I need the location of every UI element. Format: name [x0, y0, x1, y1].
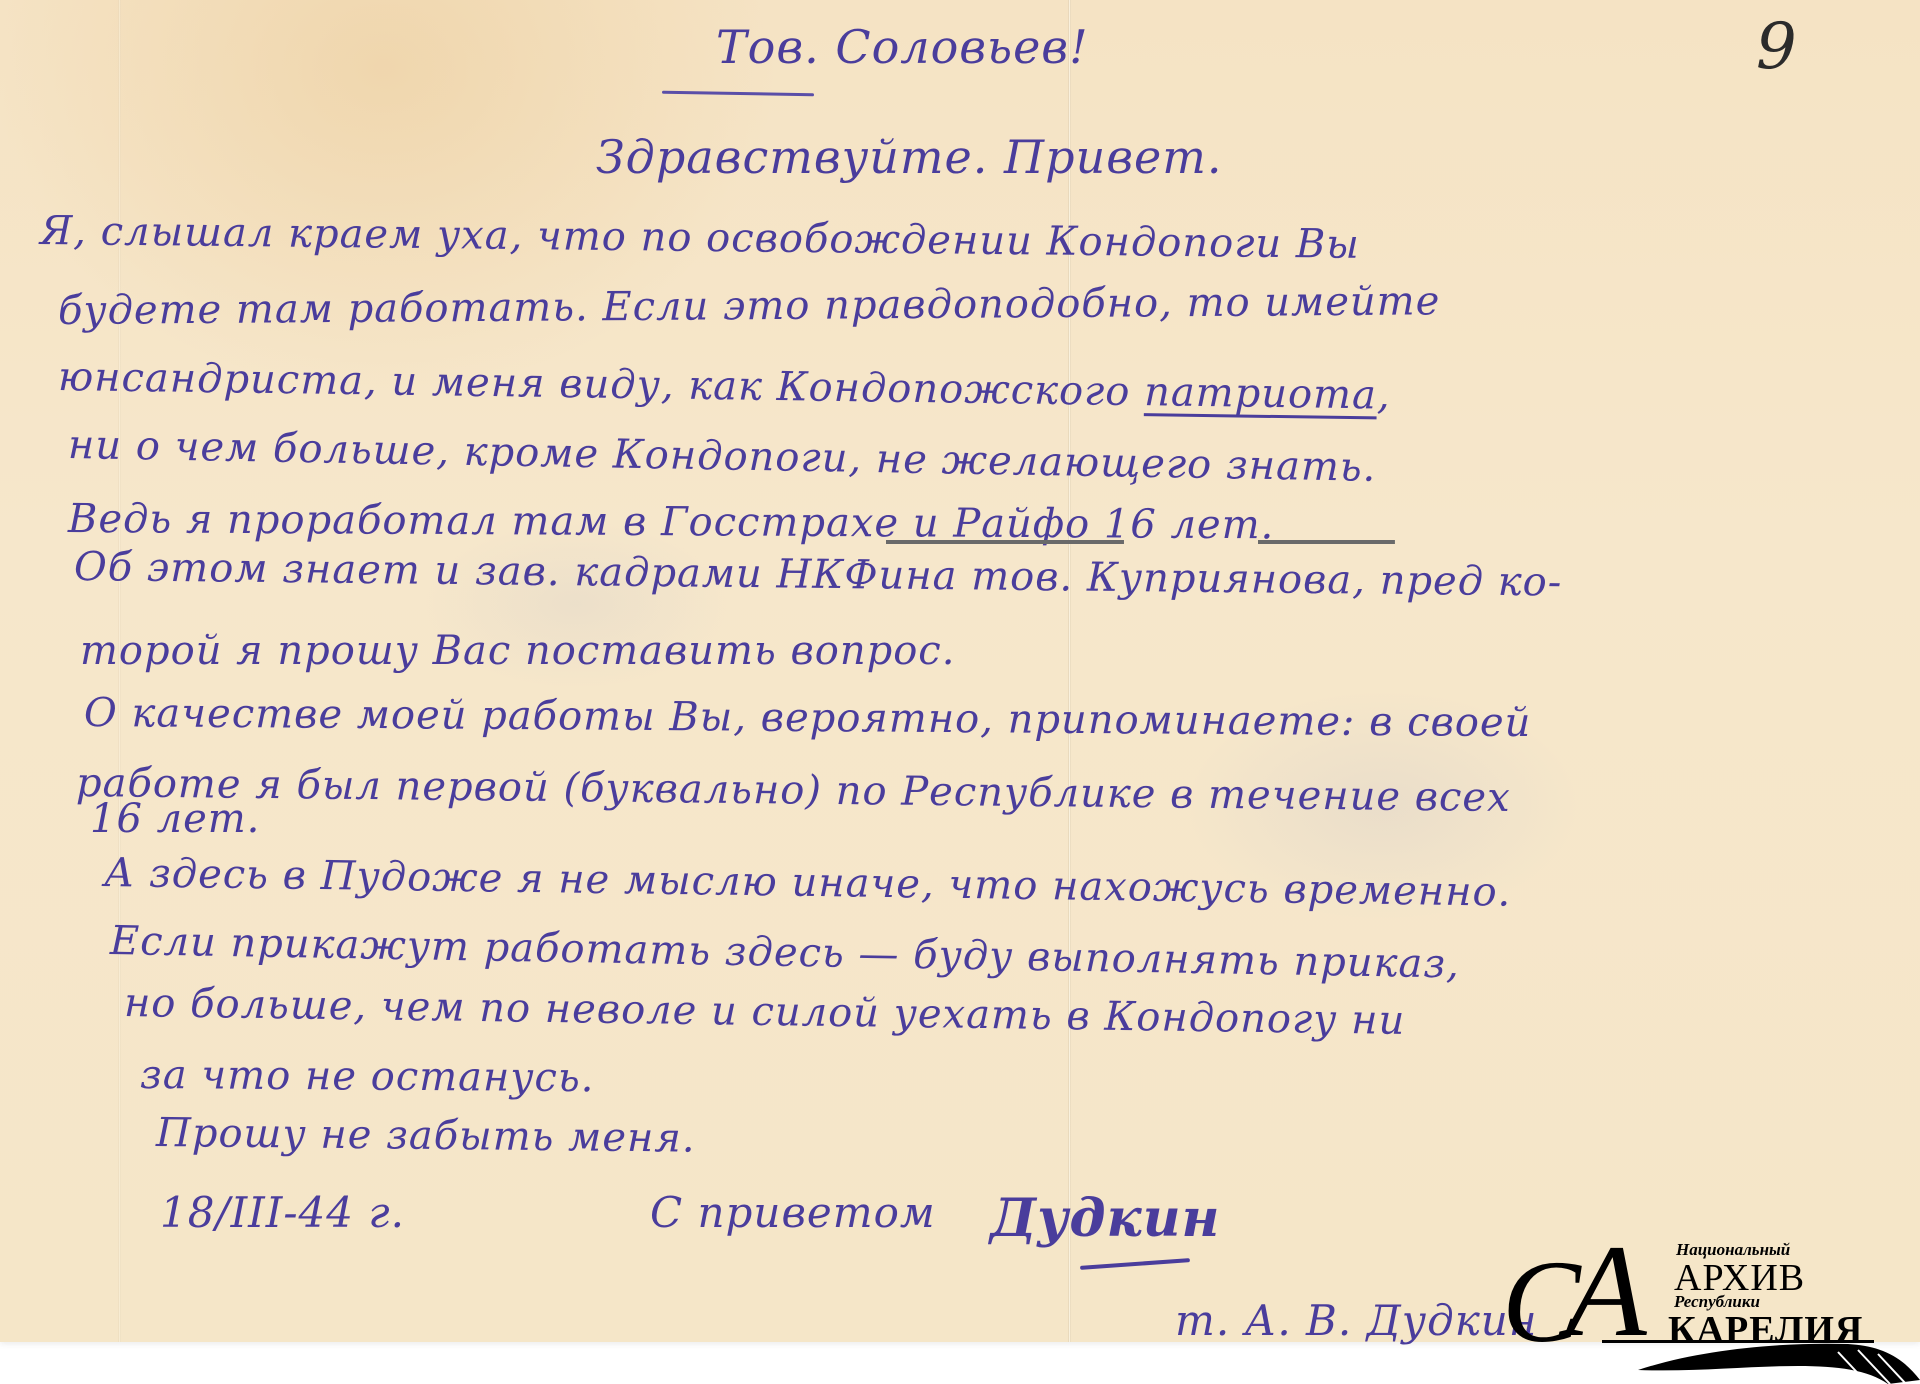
greeting: Здравствуйте. Привет.: [596, 130, 1222, 184]
body-line: А здесь в Пудоже я не мыслю иначе, что н…: [104, 850, 1512, 916]
pencil-underline-gosstrakh: Госстрахе: [886, 496, 1124, 542]
body-line: торой я прошу Вас поставить вопрос.: [80, 628, 955, 674]
body-line: 16 лет.: [90, 796, 260, 842]
body-line: будете там работать. Если это правдоподо…: [58, 278, 1441, 334]
body-line: Если прикажут работать здесь — буду выпо…: [110, 918, 1461, 988]
archive-watermark-logo: С А Национальный АРХИВ Республики КАРЕЛИ…: [1478, 1228, 1920, 1382]
body-line: Прошу не забыть меня.: [156, 1110, 696, 1162]
body-line: Об этом знает и зав. кадрами НКФина тов.…: [74, 544, 1563, 606]
underlined-word: патриота: [1144, 369, 1377, 418]
body-line: работе я был первой (буквально) по Респу…: [76, 760, 1511, 821]
body-line-part: ,: [1377, 372, 1391, 418]
body-line-part: Об этом знает и зав. кадрами НКФина тов.…: [74, 544, 1563, 606]
body-line: но больше, чем по неволе и силой уехать …: [124, 980, 1406, 1044]
letter-date: 18/III-44 г.: [160, 1188, 405, 1237]
body-line: за что не останусь.: [140, 1052, 595, 1101]
letter-closing: С приветом: [650, 1188, 936, 1237]
letter-page: 9 Тов. Соловьев! Здравствуйте. Привет. Я…: [0, 0, 1920, 1342]
paper-fold-center: [1068, 0, 1071, 1342]
body-line: юнсандриста, и меня виду, как Кондопожск…: [58, 354, 1391, 419]
archive-page-number: 9: [1756, 10, 1797, 84]
body-line: ни о чем больше, кроме Кондопоги, не жел…: [68, 422, 1377, 491]
salutation: Тов. Соловьев!: [716, 20, 1089, 74]
salutation-underline: [662, 91, 814, 97]
body-line-part: юнсандриста, и меня виду, как Кондопожск…: [58, 354, 1145, 415]
logo-monogram-a: А: [1566, 1214, 1647, 1367]
signature-flourish: [1080, 1258, 1190, 1270]
quill-feather-icon: [1638, 1340, 1920, 1382]
body-line: О качестве моей работы Вы, вероятно, при…: [84, 690, 1532, 746]
pencil-underline-raifo: Райфо: [1258, 496, 1395, 542]
body-line: Я, слышал краем уха, что по освобождении…: [40, 208, 1360, 268]
signature: Дудкин: [990, 1188, 1220, 1249]
